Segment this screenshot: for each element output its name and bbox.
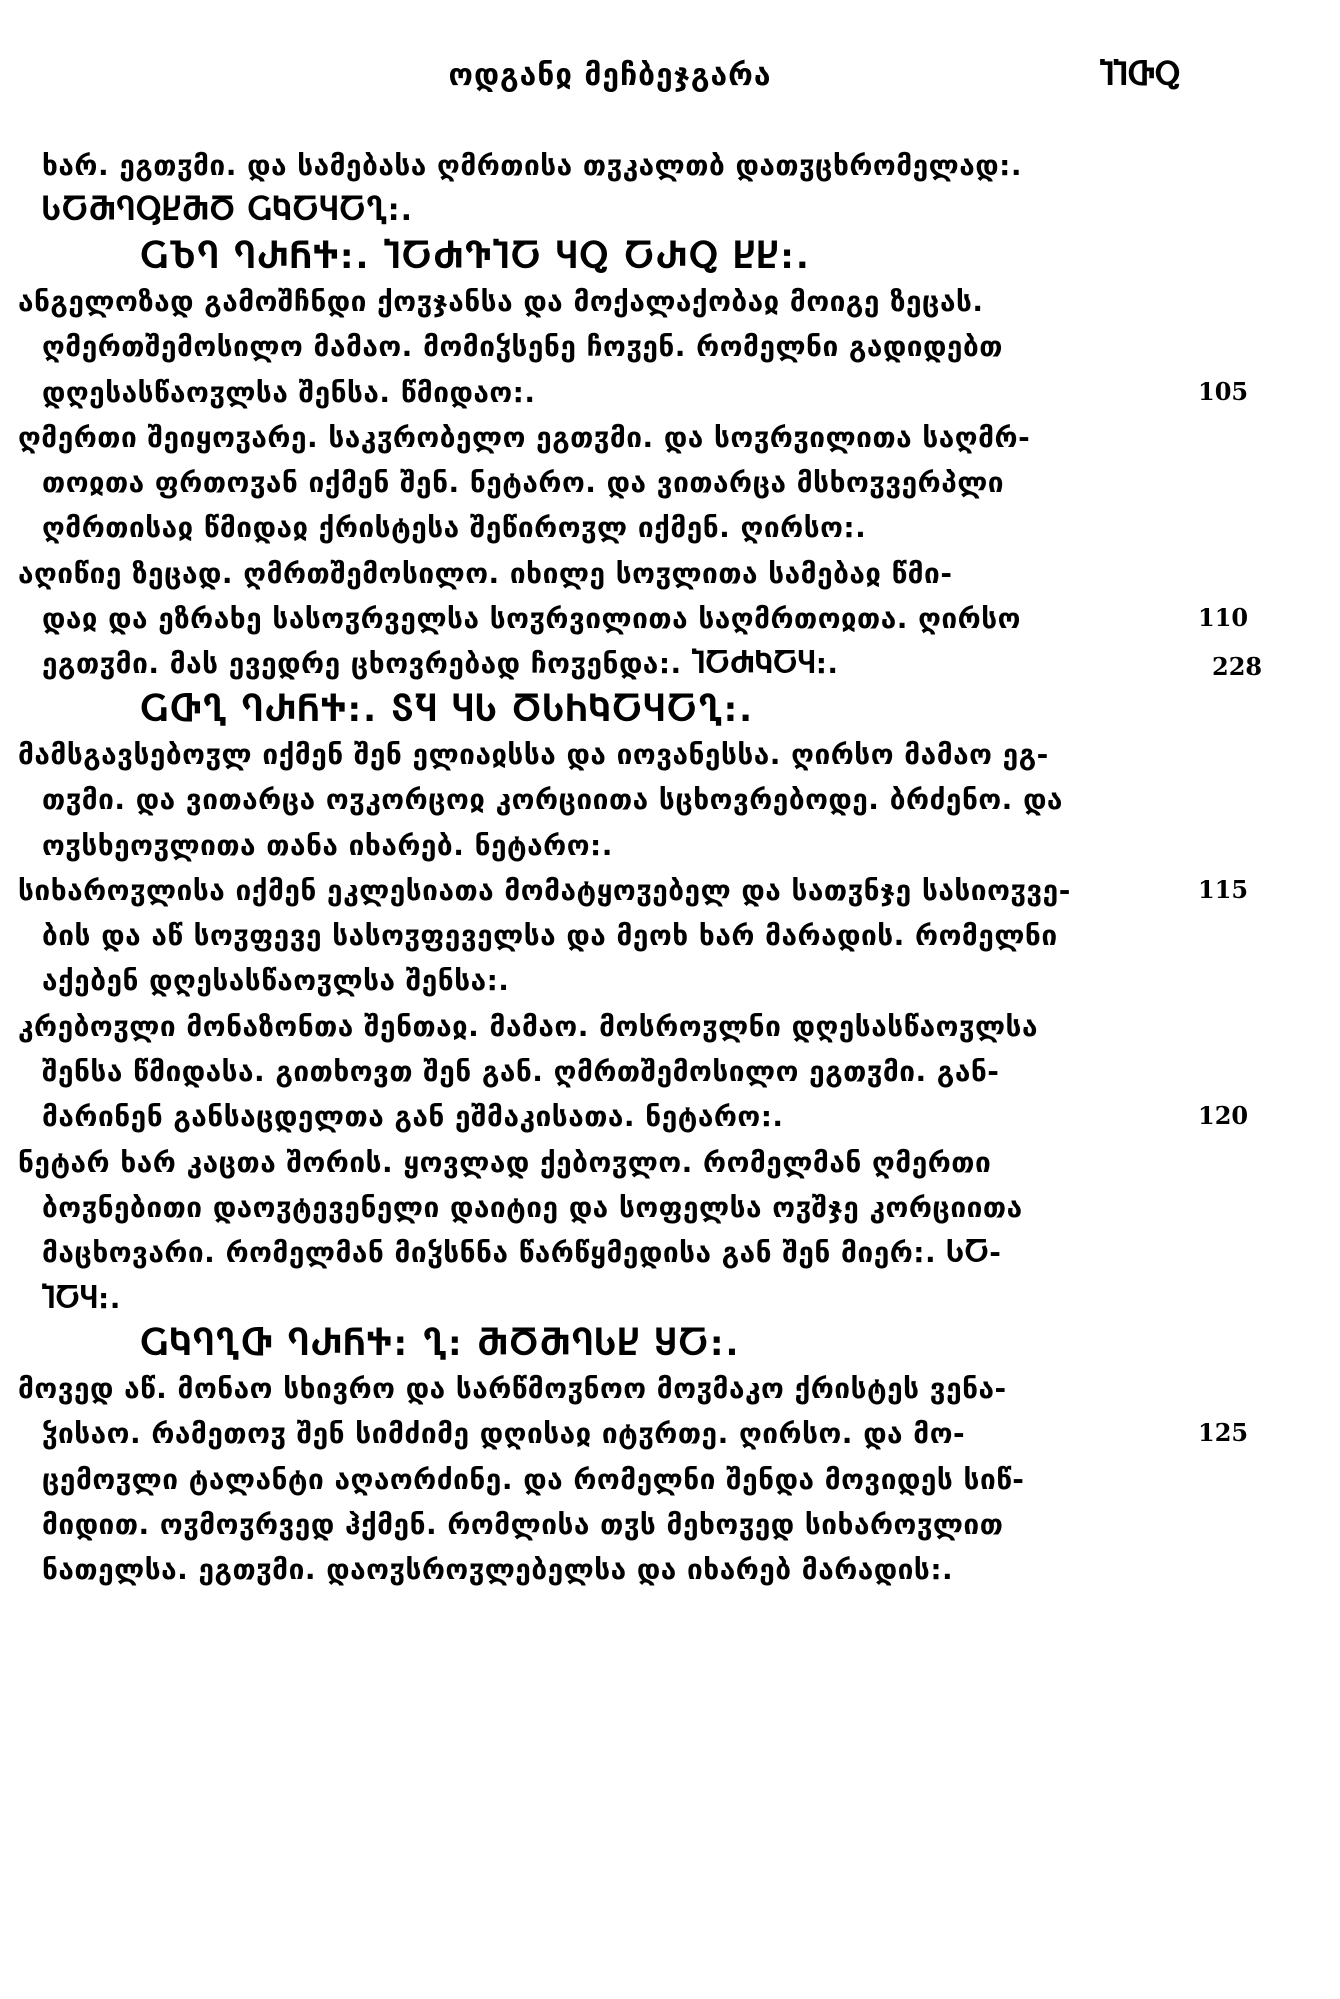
section-heading: ႺႧႢ ႤႰႬႵ:. ႽႯ ႷႱ ႣႱႹႩႠႷႠႢ:. (140, 690, 754, 730)
line-number: 125 (1198, 1418, 1248, 1447)
section-heading: ႺႦႤ ႤႰႬႵ:. ႨႠႻႥႨႠ ႷႭ ႠႰႭ ႾႾ:. (140, 237, 811, 277)
text-line: კრებოჳლი მონაზონთა შენთაჲ. მამაო. მოსროჳ… (18, 1007, 1038, 1047)
text-line: ნეტარ ხარ კაცთა შორის. ყოვლად ქებოჳლო. რ… (18, 1143, 991, 1183)
text-line: მოვედ აწ. მონაო სხივრო და სარწმოჳნოო მოჳ… (18, 1369, 1007, 1409)
text-line: შენსა წმიდასა. გითხოვთ შენ გან. ღმრთშემო… (42, 1052, 999, 1092)
text-line: ოჳსხეოჳლითა თანა იხარებ. ნეტარო:. (42, 826, 613, 866)
text-line: დღესასწაოჳლსა შენსა. წმიდაო:. (42, 373, 536, 413)
text-line: ეგთჳმი. მას ევედრე ცხოვრებად ჩოჳენდა:. Ⴈ… (42, 644, 839, 684)
text-line: ბის და აწ სოჳფევე სასოჳფეველსა და მეოხ ხ… (42, 916, 1058, 956)
line-number: 115 (1198, 875, 1248, 904)
text-line: ႨႠႷ:. (42, 1279, 121, 1319)
text-line: მარინენ განსაცდელთა გან ეშმაკისათა. ნეტა… (42, 1097, 784, 1137)
text-line: ჴისაო. რამეთოჳ შენ სიმძიმე დღისაჲ იტჳრთე… (42, 1414, 965, 1454)
text-line: ხარ. ეგთჳმი. და სამებასა ღმრთისა თჳკალთბ… (42, 146, 1022, 186)
text-line: ღმერთშემოსილო მამაო. მომიჴსენე ჩოჳენ. რო… (42, 327, 1003, 367)
folio-number: ႨႨႧႭ (1100, 58, 1180, 93)
text-line: მიდით. ოჳმოჳრვედ ჰქმენ. რომლისა თჳს მეხო… (42, 1505, 1003, 1545)
text-line: აღიწიე ზეცად. ღმრთშემოსილო. იხილე სოჳლით… (18, 554, 952, 594)
text-line: თჳმი. და ვითარცა ოჳკორცოჲ კორციითა სცხოვ… (42, 780, 1063, 820)
text-line: სიხაროჳლისა იქმენ ეკლესიათა მომატყოჳებელ… (18, 871, 1071, 911)
text-line: ბოჳნებითი დაოჳტევენელი დაიტიე და სოფელსა… (42, 1188, 1023, 1228)
text-line: მამსგავსებოჳლ იქმენ შენ ელიაჲსსა და იოვა… (18, 735, 1049, 775)
page-header: ოდგანჲ მეჩბეჯგარა ႨႨႧႭ (0, 58, 1340, 108)
text-line: ღმერთი შეიყოჳარე. საკჳრობელო ეგთჳმი. და … (18, 418, 1030, 458)
text-line: თოჲთა ფრთოჳან იქმენ შენ. ნეტარო. და ვითა… (42, 463, 1004, 503)
text-line: ნათელსა. ეგთჳმი. დაოჳსროჳლებელსა და იხარ… (42, 1550, 953, 1590)
line-number: 110 (1198, 603, 1248, 632)
rubric-line: ႱႠႫႤႳႾႫႣ ႺႩႠႷႠႢ:. (42, 191, 413, 231)
page-reference-number: 228 (1212, 652, 1262, 681)
text-line: ანგელოზად გამოშჩნდი ქოჳჯანსა და მოქალაქო… (18, 282, 984, 322)
running-head: ოდგანჲ მეჩბეჯგარა (420, 58, 800, 93)
text-line: დაჲ და ეზრახე სასოჳრველსა სოჳრვილითა საღ… (42, 599, 1021, 639)
text-line: მაცხოვარი. რომელმან მიჴსნნა წარწყმედისა … (42, 1233, 1001, 1273)
text-line: ღმრთისაჲ წმიდაჲ ქრისტესა შეწიროჳლ იქმენ.… (42, 508, 866, 548)
line-number: 120 (1198, 1101, 1248, 1130)
line-number: 105 (1198, 377, 1248, 406)
document-page: ოდგანჲ მეჩბეჯგარა ႨႨႧႭ ხარ. ეგთჳმი. და ს… (0, 0, 1340, 1999)
text-line: აქებენ დღესასწაოჳლსა შენსა:. (42, 961, 509, 1001)
text-line: ცემოჳლი ტალანტი აღაორძინე. და რომელნი შე… (42, 1460, 1024, 1500)
section-heading: ႺႩႤႢႧ ႤႰႬႵ: Ⴂ: ႫႣႫႤႱႾ ႸႠ:. (140, 1324, 740, 1364)
